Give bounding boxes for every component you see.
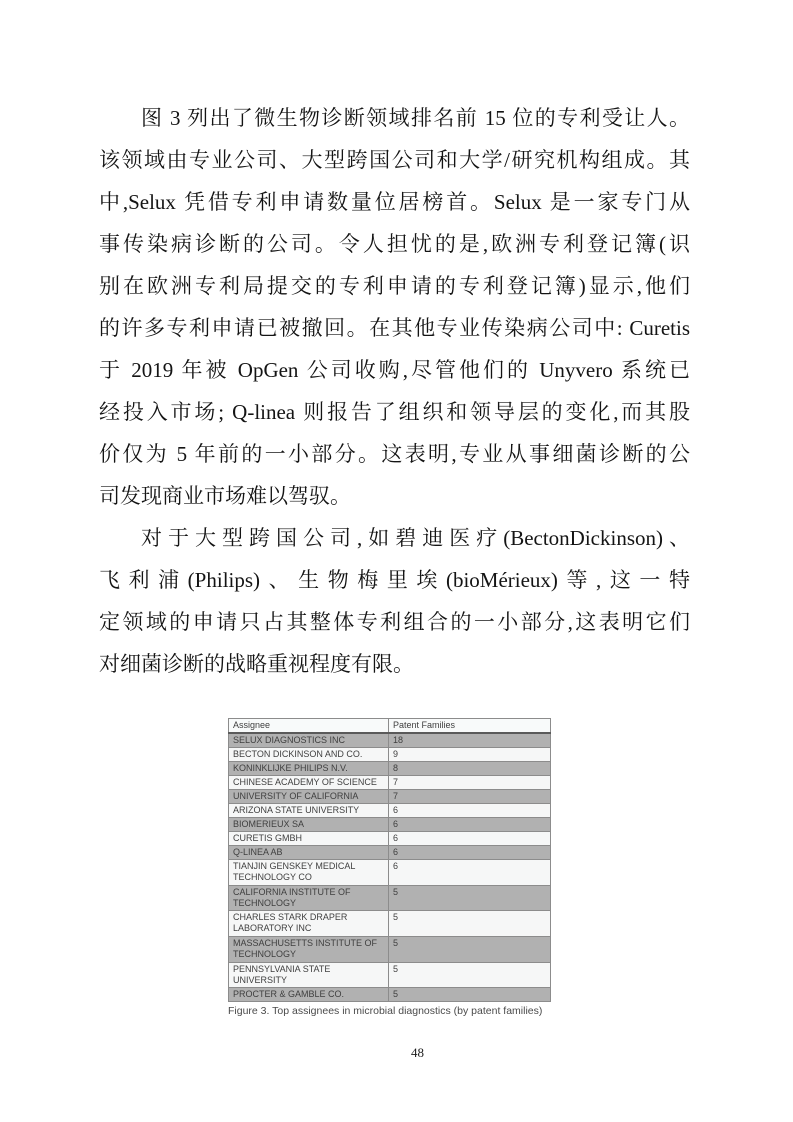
text-line: 定领域的申请只占其整体专利组合的一小部分,这表明它们 <box>99 601 690 643</box>
figure-3: Assignee Patent Families SELUX DIAGNOSTI… <box>228 718 550 1018</box>
table-row: BECTON DICKINSON AND CO. 9 <box>229 748 551 762</box>
table-row: SELUX DIAGNOSTICS INC 18 <box>229 733 551 748</box>
text-line: 经投入市场; Q-linea 则报告了组织和领导层的变化,而其股 <box>99 391 690 433</box>
assignee-cell: CALIFORNIA INSTITUTE OF TECHNOLOGY <box>229 886 389 911</box>
patent-families-cell: 8 <box>389 762 551 776</box>
table-row: PENNSYLVANIA STATE UNIVERSITY 5 <box>229 963 551 988</box>
table-row: Q-LINEA AB 6 <box>229 846 551 860</box>
table-row: MASSACHUSETTS INSTITUTE OF TECHNOLOGY 5 <box>229 937 551 963</box>
text-line: 事传染病诊断的公司。令人担忧的是,欧洲专利登记簿(识 <box>99 223 690 265</box>
table-row: TIANJIN GENSKEY MEDICAL TECHNOLOGY CO 6 <box>229 860 551 886</box>
text-line: 对细菌诊断的战略重视程度有限。 <box>99 643 690 685</box>
body-text: 图 3 列出了微生物诊断领域排名前 15 位的专利受让人。 该领域由专业公司、大… <box>99 97 690 685</box>
table-row: CHARLES STARK DRAPER LABORATORY INC 5 <box>229 911 551 937</box>
assignee-cell: KONINKLIJKE PHILIPS N.V. <box>229 762 389 776</box>
assignee-cell: UNIVERSITY OF CALIFORNIA <box>229 790 389 804</box>
text-line: 图 3 列出了微生物诊断领域排名前 15 位的专利受让人。 <box>99 97 690 139</box>
col-header-patent-families: Patent Families <box>389 719 551 734</box>
patent-families-cell: 7 <box>389 790 551 804</box>
patent-families-cell: 18 <box>389 733 551 748</box>
assignee-cell: BECTON DICKINSON AND CO. <box>229 748 389 762</box>
paragraph: 对于大型跨国公司,如碧迪医疗(BectonDickinson)、 飞利浦(Phi… <box>99 517 690 685</box>
patent-families-cell: 7 <box>389 776 551 790</box>
text-line: 别在欧洲专利局提交的专利申请的专利登记簿)显示,他们 <box>99 265 690 307</box>
assignee-cell: ARIZONA STATE UNIVERSITY <box>229 804 389 818</box>
text-line: 司发现商业市场难以驾驭。 <box>99 475 690 517</box>
assignee-cell: CURETIS GMBH <box>229 832 389 846</box>
assignee-cell: TIANJIN GENSKEY MEDICAL TECHNOLOGY CO <box>229 860 389 886</box>
table-row: UNIVERSITY OF CALIFORNIA 7 <box>229 790 551 804</box>
table-row: CHINESE ACADEMY OF SCIENCE 7 <box>229 776 551 790</box>
page-number: 48 <box>411 1045 424 1061</box>
paragraph: 图 3 列出了微生物诊断领域排名前 15 位的专利受让人。 该领域由专业公司、大… <box>99 97 690 517</box>
assignee-cell: PROCTER & GAMBLE CO. <box>229 988 389 1002</box>
figure-caption: Figure 3. Top assignees in microbial dia… <box>228 1005 550 1018</box>
patent-families-cell: 6 <box>389 818 551 832</box>
assignee-cell: CHINESE ACADEMY OF SCIENCE <box>229 776 389 790</box>
table-row: KONINKLIJKE PHILIPS N.V. 8 <box>229 762 551 776</box>
patent-families-cell: 5 <box>389 988 551 1002</box>
table-row: BIOMERIEUX SA 6 <box>229 818 551 832</box>
table-row: CURETIS GMBH 6 <box>229 832 551 846</box>
assignee-cell: BIOMERIEUX SA <box>229 818 389 832</box>
text-line: 中,Selux 凭借专利申请数量位居榜首。Selux 是一家专门从 <box>99 181 690 223</box>
assignee-cell: MASSACHUSETTS INSTITUTE OF TECHNOLOGY <box>229 937 389 963</box>
table-row: PROCTER & GAMBLE CO. 5 <box>229 988 551 1002</box>
patent-families-cell: 6 <box>389 804 551 818</box>
text-line: 对于大型跨国公司,如碧迪医疗(BectonDickinson)、 <box>99 517 690 559</box>
document-page: 图 3 列出了微生物诊断领域排名前 15 位的专利受让人。 该领域由专业公司、大… <box>0 0 793 1122</box>
patent-families-cell: 6 <box>389 832 551 846</box>
col-header-assignee: Assignee <box>229 719 389 734</box>
patent-families-cell: 5 <box>389 937 551 963</box>
patent-families-cell: 5 <box>389 963 551 988</box>
assignees-table: Assignee Patent Families SELUX DIAGNOSTI… <box>228 718 551 1002</box>
table-header-row: Assignee Patent Families <box>229 719 551 734</box>
assignee-cell: SELUX DIAGNOSTICS INC <box>229 733 389 748</box>
assignee-cell: PENNSYLVANIA STATE UNIVERSITY <box>229 963 389 988</box>
text-line: 的许多专利申请已被撤回。在其他专业传染病公司中: Curetis <box>99 307 690 349</box>
text-line: 于 2019 年被 OpGen 公司收购,尽管他们的 Unyvero 系统已 <box>99 349 690 391</box>
patent-families-cell: 6 <box>389 860 551 886</box>
assignee-cell: CHARLES STARK DRAPER LABORATORY INC <box>229 911 389 937</box>
text-line: 价仅为 5 年前的一小部分。这表明,专业从事细菌诊断的公 <box>99 433 690 475</box>
table-row: CALIFORNIA INSTITUTE OF TECHNOLOGY 5 <box>229 886 551 911</box>
assignee-cell: Q-LINEA AB <box>229 846 389 860</box>
patent-families-cell: 5 <box>389 911 551 937</box>
text-line: 该领域由专业公司、大型跨国公司和大学/研究机构组成。其 <box>99 139 690 181</box>
table-row: ARIZONA STATE UNIVERSITY 6 <box>229 804 551 818</box>
text-line: 飞利浦(Philips)、生物梅里埃(bioMérieux)等,这一特 <box>99 559 690 601</box>
patent-families-cell: 6 <box>389 846 551 860</box>
patent-families-cell: 5 <box>389 886 551 911</box>
patent-families-cell: 9 <box>389 748 551 762</box>
